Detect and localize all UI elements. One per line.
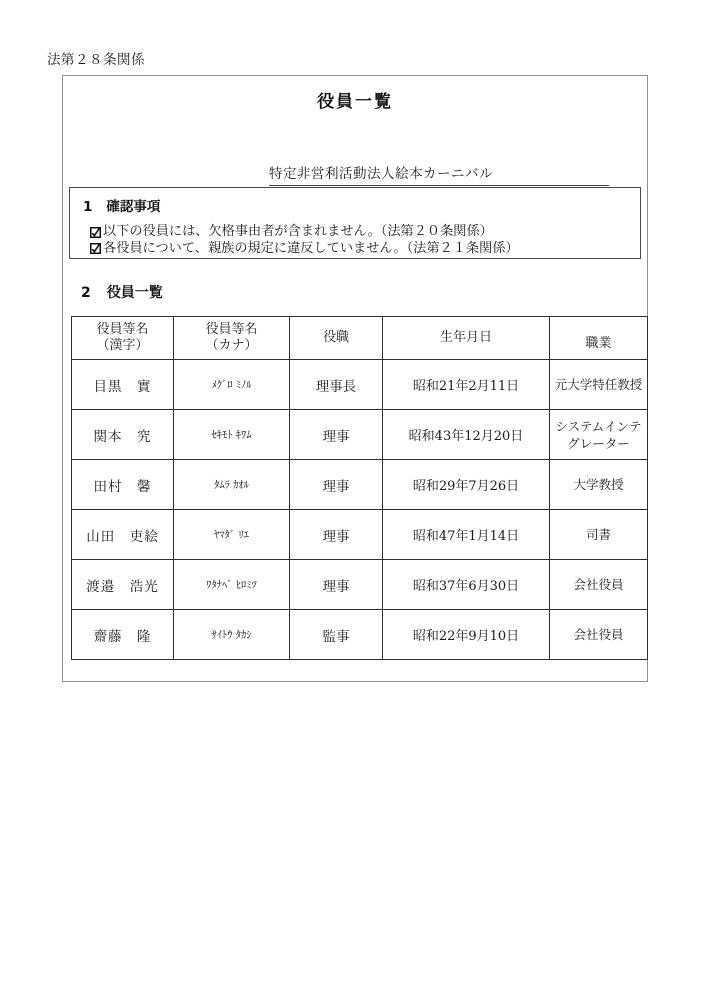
confirmation-item: 各役員について、親族の規定に違反していません。（法第２１条関係）	[90, 241, 640, 258]
table-row: 目黒 實 ﾒｸﾞﾛ ﾐﾉﾙ 理事長 昭和21年2月11日 元大学特任教授	[72, 360, 648, 410]
officer-role: 理事長	[290, 360, 383, 410]
confirmation-item-text: 以下の役員には、欠格事由者が含まれません。（法第２０条関係）	[103, 224, 493, 241]
confirmation-section: 1確認事項 以下の役員には、欠格事由者が含まれません。（法第２０条関係） 各役員…	[69, 187, 641, 259]
officer-name-kana: ｻｲﾄｳ ﾀｶｼ	[174, 610, 290, 660]
confirmation-item: 以下の役員には、欠格事由者が含まれません。（法第２０条関係）	[90, 224, 640, 241]
law-reference-label: 法第２８条関係	[47, 48, 145, 68]
table-row: 渡邉 浩光 ﾜﾀﾅﾍﾞ ﾋﾛﾐﾂ 理事 昭和37年6月30日 会社役員	[72, 560, 648, 610]
document-title: 役員一覧	[63, 87, 647, 112]
column-header-name-kanji: 役員等名 （漢字）	[72, 317, 174, 360]
officer-birthdate: 昭和21年2月11日	[383, 360, 550, 410]
confirmation-heading: 1確認事項	[83, 195, 640, 215]
confirmation-items: 以下の役員には、欠格事由者が含まれません。（法第２０条関係） 各役員について、親…	[90, 224, 640, 257]
officer-list-heading-label: 役員一覧	[107, 285, 163, 301]
officer-name-kanji: 目黒 實	[72, 360, 174, 410]
table-header-row: 役員等名 （漢字） 役員等名 （カナ） 役職 生年月日 職業	[72, 317, 648, 360]
officer-name-kanji: 田村 馨	[72, 460, 174, 510]
officer-name-kana: ﾀﾑﾗ ｶｵﾙ	[174, 460, 290, 510]
officer-occupation: 元大学特任教授	[550, 360, 648, 410]
table-row: 田村 馨 ﾀﾑﾗ ｶｵﾙ 理事 昭和29年7月26日 大学教授	[72, 460, 648, 510]
officer-occupation: 大学教授	[550, 460, 648, 510]
officer-name-kana: ﾔﾏﾀﾞ ﾘｴ	[174, 510, 290, 560]
officer-name-kanji: 齋藤 隆	[72, 610, 174, 660]
officer-birthdate: 昭和47年1月14日	[383, 510, 550, 560]
officer-birthdate: 昭和29年7月26日	[383, 460, 550, 510]
officer-role: 監事	[290, 610, 383, 660]
officer-name-kanji: 関本 究	[72, 410, 174, 460]
table-row: 関本 究 ｾｷﾓﾄ ｷﾜﾑ 理事 昭和43年12月20日 システムインテグレータ…	[72, 410, 648, 460]
officer-role: 理事	[290, 460, 383, 510]
officer-occupation: 会社役員	[550, 610, 648, 660]
column-header-role: 役職	[290, 317, 383, 360]
officer-table: 役員等名 （漢字） 役員等名 （カナ） 役職 生年月日 職業 目黒 實 ﾒｸﾞﾛ…	[71, 316, 648, 660]
officer-name-kana: ｾｷﾓﾄ ｷﾜﾑ	[174, 410, 290, 460]
officer-role: 理事	[290, 410, 383, 460]
confirmation-section-number: 1	[83, 199, 92, 215]
checked-checkbox-icon	[90, 227, 101, 238]
document-frame: 役員一覧 特定非営利活動法人絵本カーニバル 1確認事項 以下の役員には、欠格事由…	[62, 75, 648, 682]
document-page: 法第２８条関係 役員一覧 特定非営利活動法人絵本カーニバル 1確認事項 以下の役…	[0, 0, 708, 1000]
organization-name: 特定非営利活動法人絵本カーニバル	[269, 162, 609, 186]
officer-list-heading: 2役員一覧	[81, 282, 163, 302]
checked-checkbox-icon	[90, 243, 101, 254]
column-header-name-kana: 役員等名 （カナ）	[174, 317, 290, 360]
officer-list-section-number: 2	[81, 285, 91, 301]
officer-name-kana: ﾜﾀﾅﾍﾞ ﾋﾛﾐﾂ	[174, 560, 290, 610]
officer-name-kanji: 山田 吏絵	[72, 510, 174, 560]
officer-role: 理事	[290, 510, 383, 560]
officer-name-kanji: 渡邉 浩光	[72, 560, 174, 610]
officer-role: 理事	[290, 560, 383, 610]
confirmation-item-text: 各役員について、親族の規定に違反していません。（法第２１条関係）	[103, 241, 519, 258]
confirmation-heading-label: 確認事項	[106, 199, 160, 215]
column-header-birthdate: 生年月日	[383, 317, 550, 360]
column-header-occupation: 職業	[550, 317, 648, 360]
officer-occupation: システムインテグレーター	[550, 410, 648, 460]
officer-birthdate: 昭和22年9月10日	[383, 610, 550, 660]
officer-occupation: 会社役員	[550, 560, 648, 610]
table-row: 山田 吏絵 ﾔﾏﾀﾞ ﾘｴ 理事 昭和47年1月14日 司書	[72, 510, 648, 560]
officer-birthdate: 昭和43年12月20日	[383, 410, 550, 460]
officer-name-kana: ﾒｸﾞﾛ ﾐﾉﾙ	[174, 360, 290, 410]
table-row: 齋藤 隆 ｻｲﾄｳ ﾀｶｼ 監事 昭和22年9月10日 会社役員	[72, 610, 648, 660]
officer-birthdate: 昭和37年6月30日	[383, 560, 550, 610]
officer-occupation: 司書	[550, 510, 648, 560]
